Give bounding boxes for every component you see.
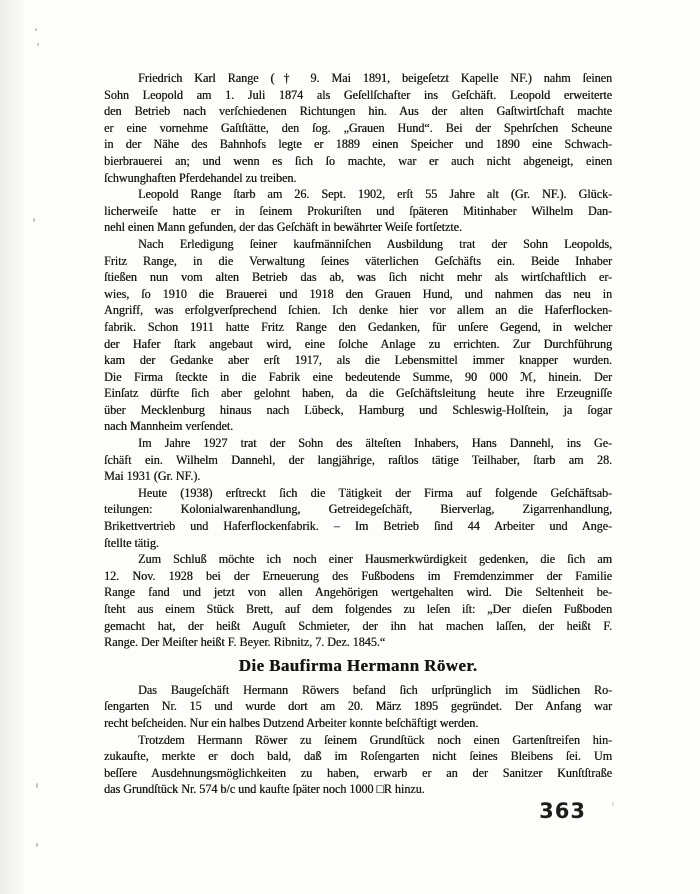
text-line: Mai 1931 (Gr. NF.). bbox=[104, 468, 612, 485]
text-line: in der Nähe des Bahnhofs legte er 1889 e… bbox=[104, 136, 612, 153]
text-line: der Hafer ſtark angebaut wird, eine ſolc… bbox=[104, 336, 612, 353]
text-line: 12. Nov. 1928 bei der Erneuerung des Fuß… bbox=[104, 568, 612, 585]
text-line: ſchwunghaften Pferdehandel zu treiben. bbox=[104, 170, 612, 187]
page-left-shading bbox=[0, 0, 26, 894]
text-line: ſengarten Nr. 15 und wurde dort am 20. M… bbox=[104, 698, 612, 715]
text-line: über Mecklenburg hinaus nach Lübeck, Ham… bbox=[104, 402, 612, 419]
text-line: Angriff, was erfolgverſprechend ſchien. … bbox=[104, 302, 612, 319]
text-line: wies, ſo 1910 die Brauerei und 1918 den … bbox=[104, 286, 612, 303]
text-line: Range. Der Meiſter heißt F. Beyer. Ribni… bbox=[104, 634, 612, 651]
paragraph: Zum Schluß möchte ich noch einer Hausmer… bbox=[104, 551, 612, 651]
text-line: licherweiſe hatte er in ſeinem Prokuriſt… bbox=[104, 203, 612, 220]
paragraph: Im Jahre 1927 trat der Sohn des älteſten… bbox=[104, 435, 612, 485]
text-line: ſchäft ein. Wilhelm Dannehl, der langjäh… bbox=[104, 452, 612, 469]
text-line: recht beſcheiden. Nur ein halbes Dutzend… bbox=[104, 715, 612, 732]
scan-speck bbox=[36, 843, 38, 847]
paragraph: Das Baugeſchäft Hermann Röwers befand ſi… bbox=[104, 682, 612, 732]
text-line: Die Firma ſteckte in die Fabrik eine bed… bbox=[104, 369, 612, 386]
text-line: Brikettvertrieb und Haferflockenfabrik. … bbox=[104, 518, 612, 535]
paragraph: Trotzdem Hermann Röwer zu ſeinem Grundſt… bbox=[104, 732, 612, 798]
text-line: nehl einen Mann gefunden, der das Geſchä… bbox=[104, 219, 612, 236]
text-line: teilungen: Kolonialwarenhandlung, Getrei… bbox=[104, 501, 612, 518]
text-line: bierbrauerei an; und wenn es ſich ſo mac… bbox=[104, 153, 612, 170]
paragraph-group-bottom: Das Baugeſchäft Hermann Röwers befand ſi… bbox=[104, 682, 612, 798]
text-line: er eine vornehme Gaſtſtätte, den ſog. „G… bbox=[104, 120, 612, 137]
scan-speck bbox=[35, 28, 37, 31]
text-line: Trotzdem Hermann Röwer zu ſeinem Grundſt… bbox=[104, 732, 612, 749]
text-line: den Betrieb nach verſchiedenen Richtunge… bbox=[104, 103, 612, 120]
scanned-book-page: Friedrich Karl Range († 9. Mai 1891, bei… bbox=[0, 0, 700, 894]
paragraph: Heute (1938) erſtreckt ſich die Tätigkei… bbox=[104, 485, 612, 551]
text-line: Einſatz dürfte ſich aber gelohnt haben, … bbox=[104, 385, 612, 402]
paragraph: Friedrich Karl Range († 9. Mai 1891, bei… bbox=[104, 70, 612, 186]
paragraph-group-top: Friedrich Karl Range († 9. Mai 1891, bei… bbox=[104, 70, 612, 651]
text-line: nach Mannheim verſendet. bbox=[104, 418, 612, 435]
paragraph: Nach Erledigung ſeiner kaufmänniſchen Au… bbox=[104, 236, 612, 435]
text-line: Friedrich Karl Range († 9. Mai 1891, bei… bbox=[104, 70, 612, 87]
paragraph: Leopold Range ſtarb am 26. Sept. 1902, e… bbox=[104, 186, 612, 236]
page-number: 363 bbox=[539, 799, 586, 823]
text-line: fabrik. Schon 1911 hatte Fritz Range den… bbox=[104, 319, 612, 336]
text-line: kam der Gedanke aber erſt 1917, als die … bbox=[104, 352, 612, 369]
text-line: ſtellte tätig. bbox=[104, 535, 612, 552]
text-line: beſſere Ausdehnungsmöglichkeiten zu habe… bbox=[104, 765, 612, 782]
scan-speck bbox=[33, 218, 35, 222]
text-block: Friedrich Karl Range († 9. Mai 1891, bei… bbox=[104, 70, 612, 798]
section-heading: Die Baufirma Hermann Röwer. bbox=[104, 655, 612, 676]
text-line: Leopold Range ſtarb am 26. Sept. 1902, e… bbox=[104, 186, 612, 203]
text-line: Fritz Range, in die Verwaltung ſeines vä… bbox=[104, 253, 612, 270]
text-line: Das Baugeſchäft Hermann Röwers befand ſi… bbox=[104, 682, 612, 699]
text-line: Nach Erledigung ſeiner kaufmänniſchen Au… bbox=[104, 236, 612, 253]
text-line: ſteht aus einem Stück Brett, auf dem fol… bbox=[104, 601, 612, 618]
text-line: Sohn Leopold am 1. Juli 1874 als Geſellſ… bbox=[104, 87, 612, 104]
text-line: Range fand und jetzt von allen Angehörig… bbox=[104, 584, 612, 601]
text-line: Heute (1938) erſtreckt ſich die Tätigkei… bbox=[104, 485, 612, 502]
scan-speck bbox=[37, 43, 39, 46]
scan-speck bbox=[612, 802, 614, 806]
text-line: das Grundſtück Nr. 574 b/c und kaufte ſp… bbox=[104, 781, 612, 798]
text-line: Zum Schluß möchte ich noch einer Hausmer… bbox=[104, 551, 612, 568]
text-line: Im Jahre 1927 trat der Sohn des älteſten… bbox=[104, 435, 612, 452]
text-line: ſtießen nun vom alten Betrieb das ab, wa… bbox=[104, 269, 612, 286]
text-line: gemacht hat, der heißt Auguſt Schmieter,… bbox=[104, 618, 612, 635]
text-line: zukaufte, merkte er doch bald, daß im Ro… bbox=[104, 748, 612, 765]
scan-speck bbox=[36, 783, 38, 788]
